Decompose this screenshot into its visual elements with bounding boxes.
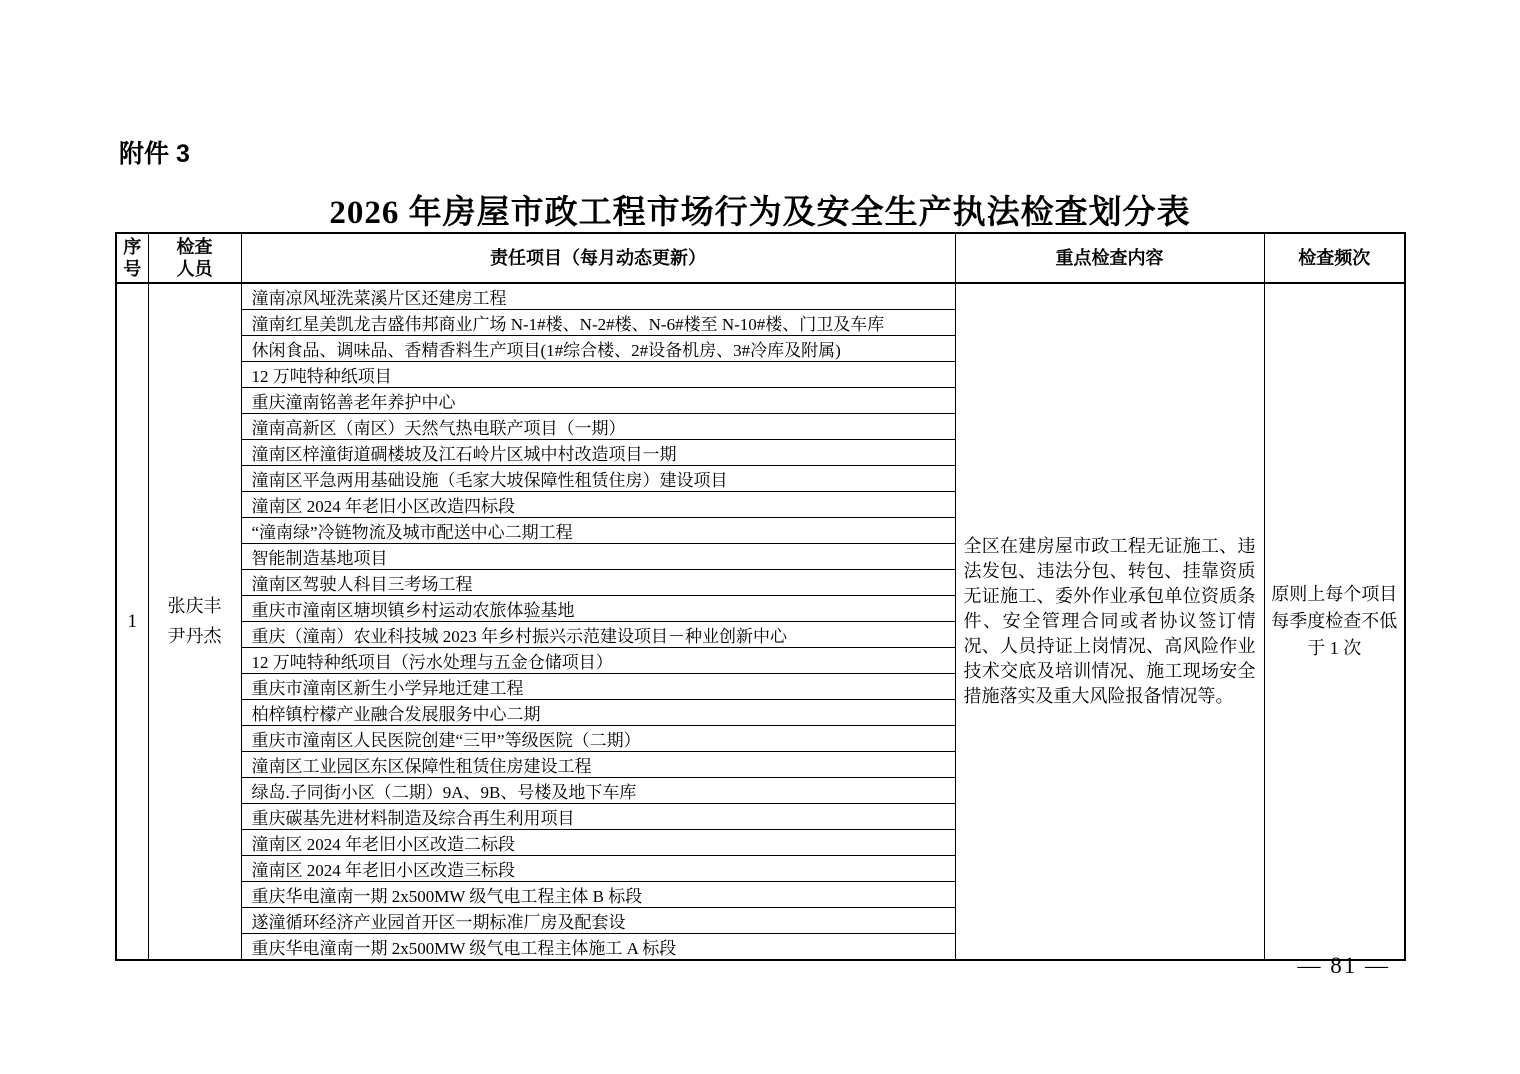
col-header-key-content: 重点检查内容 xyxy=(955,233,1264,283)
project-cell: 重庆（潼南）农业科技城 2023 年乡村振兴示范建设项目－种业创新中心 xyxy=(241,622,955,648)
project-cell: 潼南区 2024 年老旧小区改造三标段 xyxy=(241,856,955,882)
col-header-projects: 责任项目（每月动态更新） xyxy=(241,233,955,283)
table-body: 1张庆丰尹丹杰潼南凉风垭洗菜溪片区还建房工程全区在建房屋市政工程无证施工、违法发… xyxy=(116,283,1405,960)
project-cell: 重庆潼南铭善老年养护中心 xyxy=(241,388,955,414)
col-header-serial: 序 号 xyxy=(116,233,148,283)
project-cell: 潼南区 2024 年老旧小区改造二标段 xyxy=(241,830,955,856)
project-cell: 潼南区梓潼街道碉楼坡及江石岭片区城中村改造项目一期 xyxy=(241,440,955,466)
serial-cell: 1 xyxy=(116,283,148,960)
inspection-table: 序 号 检查 人员 责任项目（每月动态更新） 重点检查内容 检查频次 1张庆丰尹… xyxy=(115,232,1406,961)
project-cell: 潼南区 2024 年老旧小区改造四标段 xyxy=(241,492,955,518)
project-cell: 潼南红星美凯龙吉盛伟邦商业广场 N-1#楼、N-2#楼、N-6#楼至 N-10#… xyxy=(241,310,955,336)
project-cell: 重庆市潼南区人民医院创建“三甲”等级医院（二期） xyxy=(241,726,955,752)
project-cell: 潼南区平急两用基础设施（毛家大坡保障性租赁住房）建设项目 xyxy=(241,466,955,492)
project-cell: 重庆碳基先进材料制造及综合再生利用项目 xyxy=(241,804,955,830)
project-cell: 潼南高新区（南区）天然气热电联产项目（一期） xyxy=(241,414,955,440)
project-cell: 12 万吨特种纸项目 xyxy=(241,362,955,388)
attachment-label: 附件 3 xyxy=(119,134,190,170)
project-cell: 重庆市潼南区新生小学异地迁建工程 xyxy=(241,674,955,700)
project-row: 1张庆丰尹丹杰潼南凉风垭洗菜溪片区还建房工程全区在建房屋市政工程无证施工、违法发… xyxy=(116,283,1405,310)
project-cell: 遂潼循环经济产业园首开区一期标准厂房及配套设 xyxy=(241,908,955,934)
project-cell: “潼南绿”冷链物流及城市配送中心二期工程 xyxy=(241,518,955,544)
col-header-frequency: 检查频次 xyxy=(1264,233,1405,283)
table-header-row: 序 号 检查 人员 责任项目（每月动态更新） 重点检查内容 检查频次 xyxy=(116,233,1405,283)
inspectors-cell: 张庆丰尹丹杰 xyxy=(148,283,241,960)
project-cell: 重庆华电潼南一期 2x500MW 级气电工程主体施工 A 标段 xyxy=(241,934,955,961)
col-header-inspectors: 检查 人员 xyxy=(148,233,241,283)
project-cell: 休闲食品、调味品、香精香料生产项目(1#综合楼、2#设备机房、3#冷库及附属) xyxy=(241,336,955,362)
project-cell: 潼南区驾驶人科目三考场工程 xyxy=(241,570,955,596)
project-cell: 重庆华电潼南一期 2x500MW 级气电工程主体 B 标段 xyxy=(241,882,955,908)
project-cell: 重庆市潼南区塘坝镇乡村运动农旅体验基地 xyxy=(241,596,955,622)
key-content-cell: 全区在建房屋市政工程无证施工、违法发包、违法分包、转包、挂靠资质无证施工、委外作… xyxy=(955,283,1264,960)
project-cell: 智能制造基地项目 xyxy=(241,544,955,570)
project-cell: 潼南凉风垭洗菜溪片区还建房工程 xyxy=(241,283,955,310)
frequency-cell: 原则上每个项目每季度检查不低于 1 次 xyxy=(1264,283,1405,960)
page-number: — 81 — xyxy=(1298,953,1391,979)
page-title: 2026 年房屋市政工程市场行为及安全生产执法检查划分表 xyxy=(0,186,1520,233)
project-cell: 绿岛.子同街小区（二期）9A、9B、号楼及地下车库 xyxy=(241,778,955,804)
project-cell: 柏梓镇柠檬产业融合发展服务中心二期 xyxy=(241,700,955,726)
project-cell: 12 万吨特种纸项目（污水处理与五金仓储项目） xyxy=(241,648,955,674)
project-cell: 潼南区工业园区东区保障性租赁住房建设工程 xyxy=(241,752,955,778)
